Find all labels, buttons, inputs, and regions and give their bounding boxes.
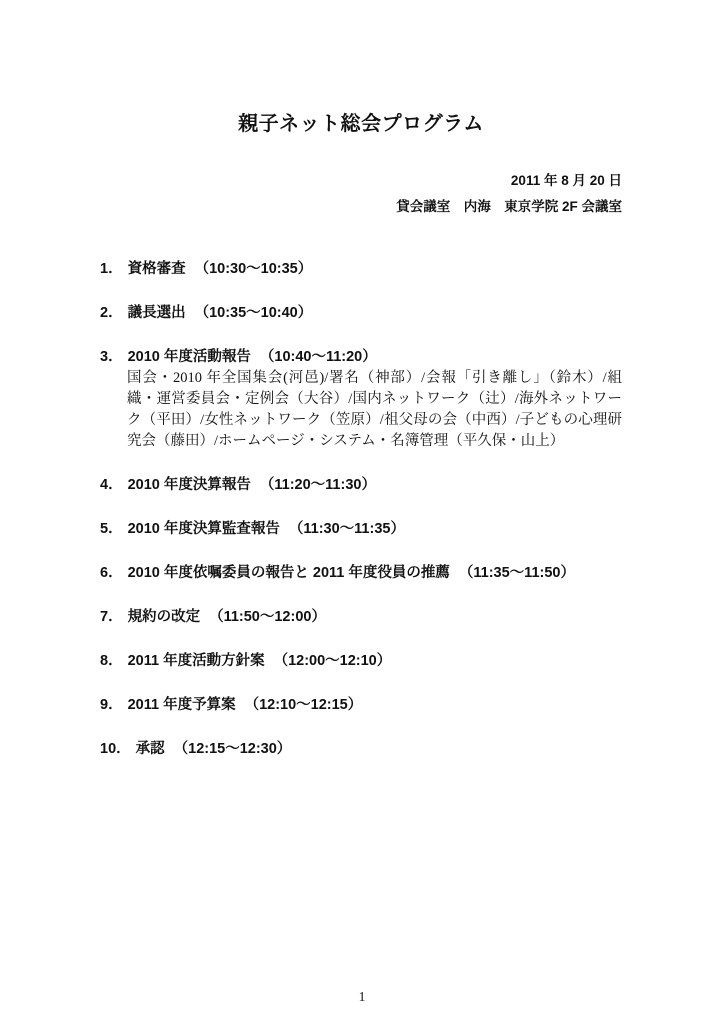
agenda-list: 1．資格審査（10:30～10:35） 2．議長選出（10:35～10:40） … bbox=[100, 258, 622, 760]
date-venue-block: 2011 年 8 月 20 日 貸会議室 内海 東京学院 2F 会議室 bbox=[100, 168, 622, 220]
agenda-item-title: 規約の改定 bbox=[128, 609, 201, 625]
agenda-item-title: 2010 年度決算報告 bbox=[128, 477, 251, 493]
agenda-item-heading: 6．2010 年度依嘱委員の報告と 2011 年度役員の推薦（11:35～11:… bbox=[100, 562, 622, 584]
agenda-item-title: 2010 年度決算監査報告 bbox=[128, 521, 280, 537]
agenda-item-heading: 8．2011 年度活動方針案（12:00～12:10） bbox=[100, 650, 622, 672]
document-page: 親子ネット総会プログラム 2011 年 8 月 20 日 貸会議室 内海 東京学… bbox=[0, 0, 724, 1024]
agenda-item-heading: 4．2010 年度決算報告（11:20～11:30） bbox=[100, 474, 622, 496]
agenda-item-detail: 国会・2010 年全国集会(河邑)/署名（神部）/会報「引き離し」（鈴木）/組織… bbox=[100, 368, 622, 452]
page-title: 親子ネット総会プログラム bbox=[100, 0, 622, 137]
agenda-item-time: （11:35～11:50） bbox=[459, 565, 575, 581]
agenda-item-title: 2010 年度活動報告 bbox=[128, 349, 251, 365]
agenda-item-number: 6． bbox=[100, 565, 123, 581]
agenda-item-time: （11:20～11:30） bbox=[260, 477, 376, 493]
document-date: 2011 年 8 月 20 日 bbox=[100, 168, 622, 194]
agenda-item-title: 資格審査 bbox=[128, 261, 186, 277]
agenda-item: 10．承認（12:15～12:30） bbox=[100, 738, 622, 760]
agenda-item-title: 議長選出 bbox=[128, 305, 186, 321]
agenda-item-number: 9． bbox=[100, 697, 123, 713]
agenda-item-heading: 1．資格審査（10:30～10:35） bbox=[100, 258, 622, 280]
agenda-item: 4．2010 年度決算報告（11:20～11:30） bbox=[100, 474, 622, 496]
agenda-item-title: 2010 年度依嘱委員の報告と 2011 年度役員の推薦 bbox=[128, 565, 450, 581]
agenda-item-time: （10:30～10:35） bbox=[195, 261, 313, 277]
agenda-item: 5．2010 年度決算監査報告（11:30～11:35） bbox=[100, 518, 622, 540]
agenda-item-number: 7． bbox=[100, 609, 123, 625]
agenda-item-time: （12:00～12:10） bbox=[274, 653, 392, 669]
agenda-item-number: 1． bbox=[100, 261, 123, 277]
agenda-item-heading: 3．2010 年度活動報告（10:40～11:20） bbox=[100, 346, 622, 368]
agenda-item-time: （12:15～12:30） bbox=[174, 741, 292, 757]
agenda-item-title: 2011 年度活動方針案 bbox=[128, 653, 265, 669]
page-number: 1 bbox=[0, 989, 724, 1005]
agenda-item-number: 2． bbox=[100, 305, 123, 321]
agenda-item: 1．資格審査（10:30～10:35） bbox=[100, 258, 622, 280]
agenda-item-heading: 9．2011 年度予算案（12:10～12:15） bbox=[100, 694, 622, 716]
agenda-item: 2．議長選出（10:35～10:40） bbox=[100, 302, 622, 324]
agenda-item-number: 10． bbox=[100, 741, 131, 757]
agenda-item-time: （10:35～10:40） bbox=[195, 305, 313, 321]
agenda-item-number: 8． bbox=[100, 653, 123, 669]
agenda-item-title: 2011 年度予算案 bbox=[128, 697, 236, 713]
agenda-item-title: 承認 bbox=[136, 741, 165, 757]
agenda-item: 8．2011 年度活動方針案（12:00～12:10） bbox=[100, 650, 622, 672]
agenda-item-heading: 2．議長選出（10:35～10:40） bbox=[100, 302, 622, 324]
document-venue: 貸会議室 内海 東京学院 2F 会議室 bbox=[100, 194, 622, 220]
agenda-item-time: （11:50～12:00） bbox=[209, 609, 326, 625]
agenda-item: 7．規約の改定（11:50～12:00） bbox=[100, 606, 622, 628]
agenda-item: 3．2010 年度活動報告（10:40～11:20） 国会・2010 年全国集会… bbox=[100, 346, 622, 452]
agenda-item: 6．2010 年度依嘱委員の報告と 2011 年度役員の推薦（11:35～11:… bbox=[100, 562, 622, 584]
agenda-item-heading: 7．規約の改定（11:50～12:00） bbox=[100, 606, 622, 628]
agenda-item-time: （10:40～11:20） bbox=[260, 349, 377, 365]
agenda-item-heading: 10．承認（12:15～12:30） bbox=[100, 738, 622, 760]
agenda-item-time: （11:30～11:35） bbox=[289, 521, 405, 537]
agenda-item-heading: 5．2010 年度決算監査報告（11:30～11:35） bbox=[100, 518, 622, 540]
agenda-item-number: 3． bbox=[100, 349, 123, 365]
agenda-item: 9．2011 年度予算案（12:10～12:15） bbox=[100, 694, 622, 716]
agenda-item-number: 5． bbox=[100, 521, 123, 537]
agenda-item-number: 4． bbox=[100, 477, 123, 493]
agenda-item-time: （12:10～12:15） bbox=[245, 697, 363, 713]
document-content: 親子ネット総会プログラム 2011 年 8 月 20 日 貸会議室 内海 東京学… bbox=[100, 0, 622, 782]
